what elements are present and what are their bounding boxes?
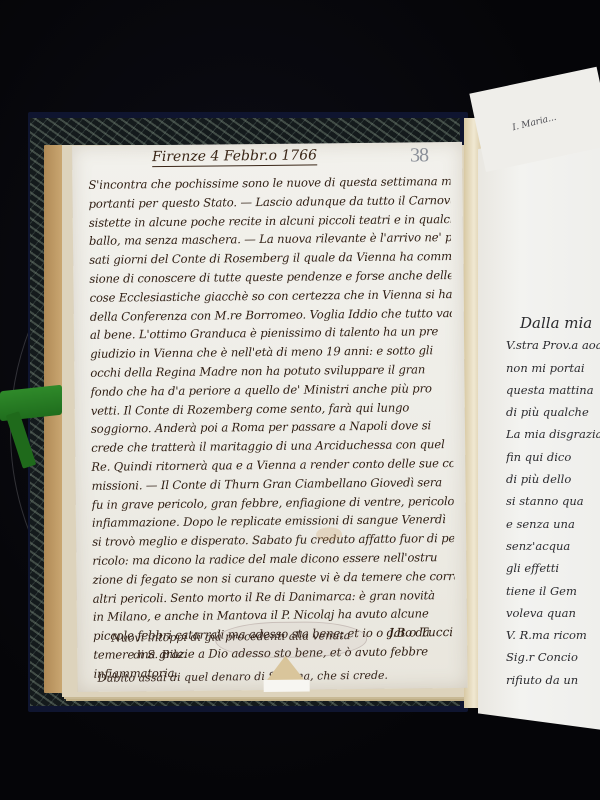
photo-scene: I. Maria... Dalla mia V.stra Prov.a aoa … (0, 0, 600, 800)
right-line: si stanno qua (506, 490, 600, 512)
right-line: voleva quan (506, 602, 600, 624)
right-line: V.stra Prov.a aoa (506, 334, 600, 356)
paper-repair-patch (265, 656, 305, 682)
letter-body: S'incontra che pochissime sono le nuove … (88, 172, 455, 683)
right-line: gli effetti (506, 557, 600, 579)
paper-tear (264, 680, 310, 692)
right-line: di più dello (506, 468, 600, 490)
right-line: rifiuto da un (506, 669, 600, 691)
right-line: senz'acqua (506, 535, 600, 557)
right-line: e senza una (506, 513, 600, 535)
right-line: fin qui dico (506, 446, 600, 468)
right-line: Sig.r Concio (506, 646, 600, 668)
letter-page: 38 Firenze 4 Febbr.o 1766 S'incontra che… (72, 142, 468, 692)
right-line: Dalla mia (520, 312, 600, 334)
right-line: questa mattina (506, 379, 600, 401)
right-line: di più qualche (506, 401, 600, 423)
right-line: V. R.ma ricom (506, 624, 600, 646)
right-line: tiene il Gem (506, 580, 600, 602)
letter-dateline: Firenze 4 Febbr.o 1766 (152, 147, 317, 167)
right-page-text: Dalla mia V.stra Prov.a aoa non mi porta… (506, 312, 600, 691)
right-line: non mi portai (506, 357, 600, 379)
right-line: La mia disgrazia (506, 423, 600, 445)
folio-number: 38 (410, 144, 428, 167)
